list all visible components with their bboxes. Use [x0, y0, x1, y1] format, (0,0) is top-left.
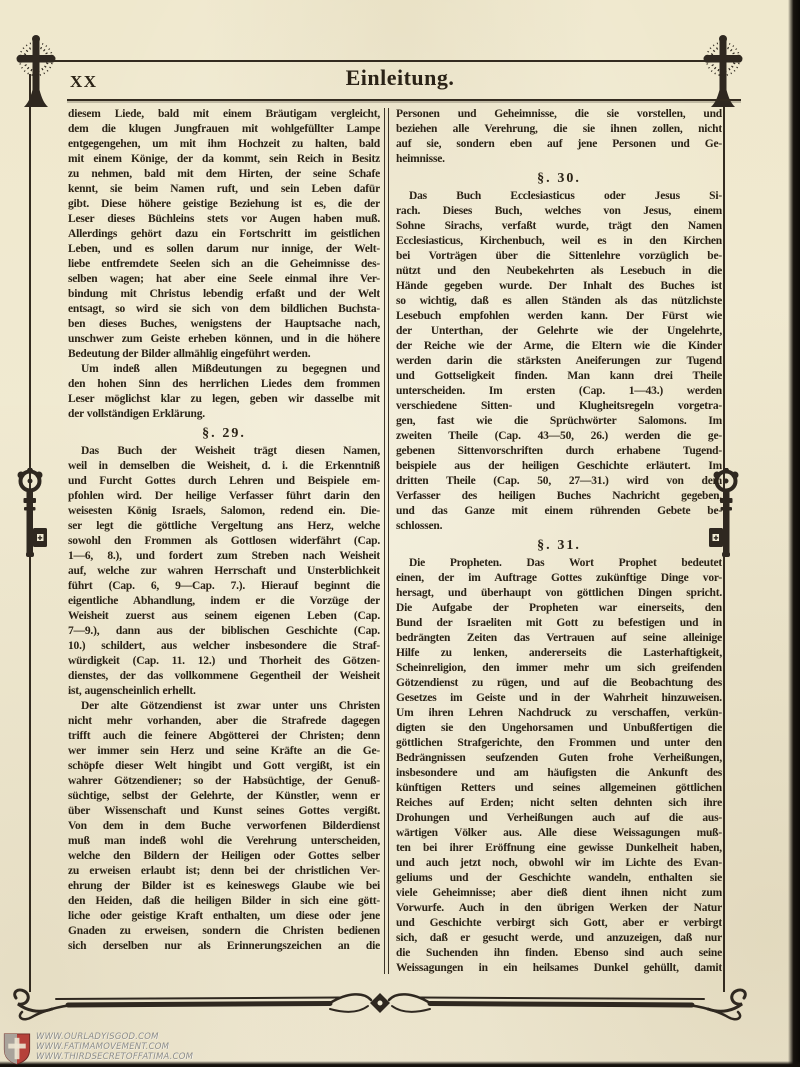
text-line: Die Aufgabe der Propheten war einerseits…: [396, 601, 722, 616]
text-line: den Heiden, daß die heiligen Bilder in s…: [68, 894, 380, 909]
text-line: Das Buch Ecclesiasticus oder Jesus Si-: [396, 189, 722, 204]
text-line: Sohne Sirachs, verfaßt wurde, trägt den …: [396, 219, 722, 234]
text-line: verschiedene Sitten- und Klugheitsregeln…: [396, 399, 722, 414]
section-heading: §. 31.: [396, 534, 722, 556]
text-line: der Reiche wie der Arme, die Eltern wie …: [396, 339, 722, 354]
frame-top-rule: [44, 60, 722, 62]
text-line: Hilfe zu lenken, andererseits die Laster…: [396, 646, 722, 661]
text-line: Weissagungen in ein heilsames Dunkel geh…: [396, 961, 722, 976]
text-line: Gesetzes im Geiste und in der Wahrheit h…: [396, 691, 722, 706]
text-line: geliums und der Geschichte wandeln, enth…: [396, 871, 722, 886]
text-line: sowohl den Frommen als Gottlosen widerfä…: [68, 534, 380, 549]
text-line: liche oder geistige Kraft enthalten, um …: [68, 909, 380, 924]
text-line: kennt, sie beim Namen ruft, und sein Leb…: [68, 182, 380, 197]
text-line: selben wagen; hat aber eine Seele einmal…: [68, 272, 380, 287]
text-line: süchtige, selbst der Gelehrte, der Künst…: [68, 789, 380, 804]
text-line: entgegengehen, um mit ihm Hochzeit zu ha…: [68, 137, 380, 152]
text-line: unschwer zum Geiste erheben können, und …: [68, 332, 380, 347]
text-line: Weisheit zuerst aus seinem eigenen Leben…: [68, 609, 380, 624]
text-line: der Unterthan, der Gelehrte wie der Unge…: [396, 324, 722, 339]
text-line: Leben, und es sollen darum nur innige, d…: [68, 242, 380, 257]
text-line: Ecclesiasticus, Kirchenbuch, weil es in …: [396, 234, 722, 249]
text-line: unterscheiden. Im ersten (Cap. 1—43.) we…: [396, 384, 722, 399]
text-line: Das Buch der Weisheit trägt diesen Namen…: [68, 444, 380, 459]
corner-cross-icon: [11, 32, 61, 110]
text-line: Reiches auf Erden; nicht selten dehnten …: [396, 796, 722, 811]
watermark-url: WWW.THIRDSECRETOFFATIMA.COM: [36, 1053, 193, 1063]
text-line: führt (Cap. 6, 9—Cap. 7.). Hierauf begin…: [68, 579, 380, 594]
text-line: Die Propheten. Das Wort Prophet bedeutet: [396, 556, 722, 571]
text-line: Bund der Israeliten mit Gott zu befestig…: [396, 616, 722, 631]
text-line: Verfasser des heiligen Buches Nachricht …: [396, 489, 722, 504]
text-line: den hohen Sinn des herrlichen Liedes dem…: [68, 377, 380, 392]
text-line: viele Geheimnisse; aber dieß dient ihnen…: [396, 886, 722, 901]
key-ornament-icon: [10, 468, 50, 572]
scanned-book-page: XX Einleitung. diesem Liede, bald mit ei…: [0, 0, 800, 1067]
text-line: auf sie, sondern eben auf jene Personen …: [396, 137, 722, 152]
text-line: bei Vorträgen über die Sittenlehre vorzü…: [396, 249, 722, 264]
right-column: Personen und Geheimnisse, die sie vorste…: [396, 107, 722, 976]
text-line: Drohungen und Verheißungen auch auf die …: [396, 811, 722, 826]
text-line: weil in demselben die Weisheit, d. i. di…: [68, 459, 380, 474]
text-line: und Gottseligkeit finden. Man kann drei …: [396, 369, 722, 384]
text-line: die Suchenden ihn finden. Ebenso sind au…: [396, 946, 722, 961]
text-line: dritten Theile (Cap. 50, 27—31.) wird vo…: [396, 474, 722, 489]
text-line: gen, fast wie die Sprüchwörter Salomons.…: [396, 414, 722, 429]
text-line: entsagt, so wird sie sich von dem bildli…: [68, 302, 380, 317]
text-line: beispiele aus der heiligen Geschichte er…: [396, 459, 722, 474]
section-heading: §. 30.: [396, 167, 722, 189]
text-line: beziehen alle Verehrung, die sie ihnen z…: [396, 122, 722, 137]
text-line: würdigkeit (Cap. 11. 12.) und Thorheit d…: [68, 654, 380, 669]
text-line: so wichtig, daß es allen Ständen als das…: [396, 294, 722, 309]
text-line: hersagt, und überhaupt von göttlichen Di…: [396, 586, 722, 601]
text-line: rach. Dieses Buch, welches von Jesus, ei…: [396, 204, 722, 219]
left-column: diesem Liede, bald mit einem Bräutigam v…: [68, 107, 380, 954]
text-line: ist, augenscheinlich erhellt.: [68, 684, 380, 699]
text-line: 7—9.), dann aus der biblischen Geschicht…: [68, 624, 380, 639]
text-line: Bedeutung der Bilder allmählig eingeführ…: [68, 347, 380, 362]
text-line: trifft auch die feinere Abgötterei der C…: [68, 729, 380, 744]
text-line: schöpfe dieser Welt hingibt und Gott ver…: [68, 759, 380, 774]
text-line: Scheinreligion, den immer mehr um sich g…: [396, 661, 722, 676]
text-line: Allerdings gehört dazu ein Fortschritt i…: [68, 227, 380, 242]
text-line: ten bei ihrer Eröffnung eine gewisse Dun…: [396, 841, 722, 856]
text-line: insbesondere und am häufigsten die Ankun…: [396, 766, 722, 781]
text-line: einen, der im Auftrage Gottes zukünftige…: [396, 571, 722, 586]
text-line: zweiten Theile (Cap. 43—50, 26.) werden …: [396, 429, 722, 444]
text-line: mit einem Könige, der da kommt, sein Rei…: [68, 152, 380, 167]
watermark-text: WWW.OURLADYISGOD.COM WWW.FATIMAMOVEMENT.…: [36, 1033, 193, 1062]
text-line: wahrer Götzendiener; so der Habsüchtige,…: [68, 774, 380, 789]
text-line: Personen und Geheimnisse, die sie vorste…: [396, 107, 722, 122]
text-line: 10.) schildert, aus welcher insbesondere…: [68, 639, 380, 654]
bottom-flourish-ornament: [8, 984, 752, 1024]
text-line: Um indeß allen Mißdeutungen zu begegnen …: [68, 362, 380, 377]
watermark-shield-icon: [2, 1032, 32, 1065]
text-line: künftigen Retters und seines allgemeinen…: [396, 781, 722, 796]
text-line: gibt. Diese höhere geistige Beziehung is…: [68, 197, 380, 212]
text-line: ehrung der Bilder ist es keineswegs Glau…: [68, 879, 380, 894]
scan-edge-right: [788, 0, 800, 1067]
text-line: Gnaden zu erweisen, sondern die Christen…: [68, 924, 380, 939]
text-line: auf, welche zur wahren Herrschaft und Un…: [68, 564, 380, 579]
text-line: Leser dieses Büchleins stets vor Augen h…: [68, 212, 380, 227]
section-heading: §. 29.: [68, 422, 380, 444]
text-line: Götzendienst zu rügen, und auf die Beoba…: [396, 676, 722, 691]
text-line: göttlichen Strafgerichte, den Frommen un…: [396, 736, 722, 751]
text-line: Bedrängnissen seufzenden Guten frohe Ver…: [396, 751, 722, 766]
text-line: eigentliche Abhandlung, indem er die Vor…: [68, 594, 380, 609]
text-line: diesem Liede, bald mit einem Bräutigam v…: [68, 107, 380, 122]
text-line: ben dieses Buches, wenigstens der Haupts…: [68, 317, 380, 332]
text-line: werden darin die stärksten Aneiferungen …: [396, 354, 722, 369]
text-line: pfohlen wird. Der heilige Verfasser führ…: [68, 489, 380, 504]
text-line: nicht mehr vorhanden, aber die Strafrede…: [68, 714, 380, 729]
column-divider: [384, 108, 389, 974]
text-line: bindung mit Christus lebendig erfaßt und…: [68, 287, 380, 302]
page-title: Einleitung.: [100, 65, 700, 91]
text-line: Vorwurfe. Auch in den übrigen Werken der…: [396, 901, 722, 916]
text-line: Hände gegeben wurde. Der Inhalt des Buch…: [396, 279, 722, 294]
text-line: Von dem in dem Buche verworfenen Bilderd…: [68, 819, 380, 834]
text-line: sich, daß er gesucht werde, und anzuzeig…: [396, 931, 722, 946]
text-line: dem die klugen Jungfrauen mit wohlgefüll…: [68, 122, 380, 137]
text-line: der vollständigen Erklärung.: [68, 407, 380, 422]
text-line: gebenen Sittenvorschriften durch erhaben…: [396, 444, 722, 459]
text-line: Leser möglichst klar zu legen, geben wir…: [68, 392, 380, 407]
text-line: dienstes, der das vollkommene Gegentheil…: [68, 669, 380, 684]
text-line: wer immer sein Herz und seine Kräfte an …: [68, 744, 380, 759]
text-line: und auch jetzt noch, obwohl wir im Licht…: [396, 856, 722, 871]
text-line: zu erweisen erlaubt ist; denn bei der ch…: [68, 864, 380, 879]
text-line: sich derselben nur als Erinnerungszeiche…: [68, 939, 380, 954]
text-line: weisesten König Israels, Salomon, redend…: [68, 504, 380, 519]
text-line: schlossen.: [396, 519, 722, 534]
text-line: und Furcht Gottes durch Lehren und Beisp…: [68, 474, 380, 489]
text-line: welche den Bildern der Heiligen oder Got…: [68, 849, 380, 864]
text-line: ser legt die göttliche Vergeltung ans He…: [68, 519, 380, 534]
text-line: Lesebuch empfohlen werden kann. Der Fürs…: [396, 309, 722, 324]
text-line: nützt und den Neubekehrten als Lesebuch …: [396, 264, 722, 279]
text-line: heimnisse.: [396, 152, 722, 167]
text-line: bedrängten Zeiten das Vertrauen auf sein…: [396, 631, 722, 646]
text-line: zu nehmen, bald mit dem Hirten, der sein…: [68, 167, 380, 182]
text-line: und das Ganze mit einem rührenden Gebete…: [396, 504, 722, 519]
text-line: über Wissenschaft und Kunst seines Gotte…: [68, 804, 380, 819]
text-line: liebe entfremdete Seelen sich an die Geh…: [68, 257, 380, 272]
text-line: wärtigen Völker aus. Alle diese Weissagu…: [396, 826, 722, 841]
page-number: XX: [70, 72, 98, 92]
header-rule: [67, 99, 741, 101]
text-line: digten sie den Ungehorsamen und Unbußfer…: [396, 721, 722, 736]
text-line: muß man indeß wohl die Verehrung untersc…: [68, 834, 380, 849]
text-line: Um ihren Lehren Nachdruck zu verschaffen…: [396, 706, 722, 721]
text-line: und Geschichte verbirgt sich Gott, aber …: [396, 916, 722, 931]
text-line: 1—6, 8.), und fordert zum Streben nach W…: [68, 549, 380, 564]
text-line: Der alte Götzendienst ist zwar unter uns…: [68, 699, 380, 714]
